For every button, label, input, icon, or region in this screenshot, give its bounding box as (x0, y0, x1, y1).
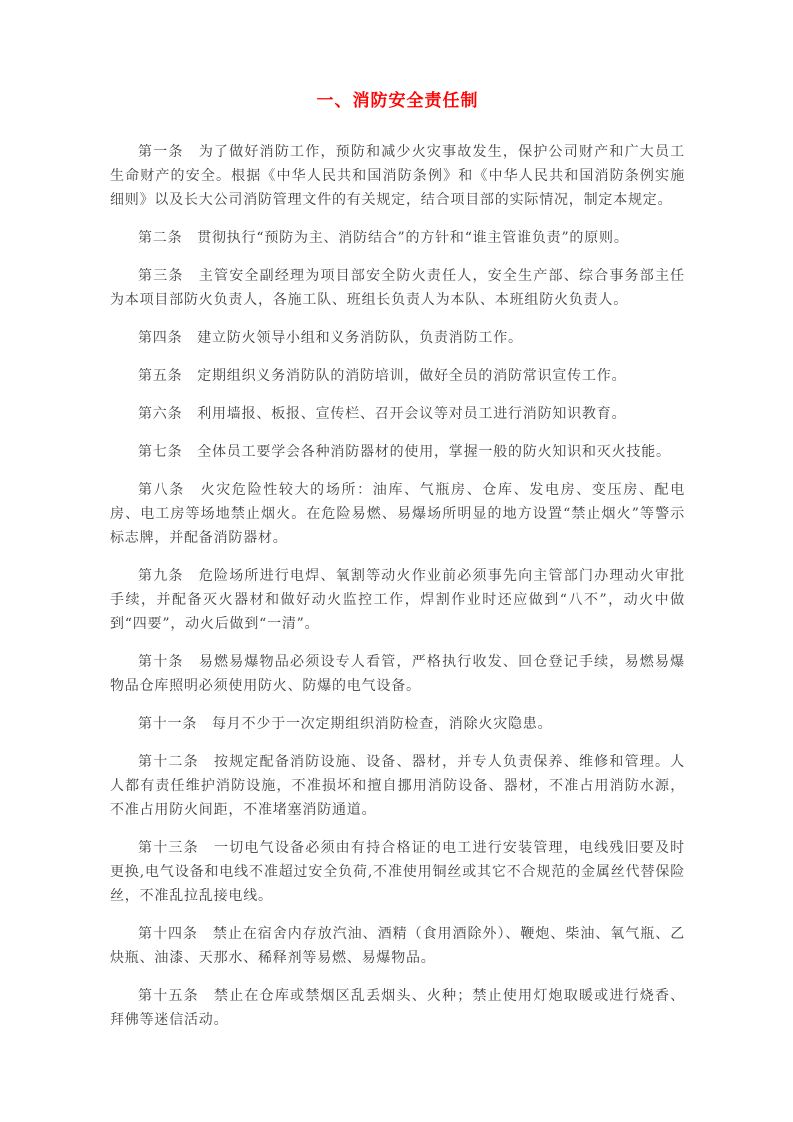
article-paragraph-4: 第四条 建立防火领导小组和义务消防队，负责消防工作。 (110, 326, 685, 350)
article-paragraph-5: 第五条 定期组织义务消防队的消防培训，做好全员的消防常识宣传工作。 (110, 364, 685, 388)
article-paragraph-6: 第六条 利用墙报、板报、宣传栏、召开会议等对员工进行消防知识教育。 (110, 402, 685, 426)
article-paragraph-7: 第七条 全体员工要学会各种消防器材的使用，掌握一般的防火知识和灭火技能。 (110, 440, 685, 464)
article-paragraph-14: 第十四条 禁止在宿舍内存放汽油、酒精（食用酒除外）、鞭炮、柴油、氧气瓶、乙炔瓶、… (110, 922, 685, 970)
article-paragraph-13: 第十三条 一切电气设备必须由有持合格证的电工进行安装管理，电线残旧要及时更换,电… (110, 836, 685, 908)
article-paragraph-15: 第十五条 禁止在仓库或禁烟区乱丢烟头、火种；禁止使用灯炮取暖或进行烧香、拜佛等迷… (110, 984, 685, 1032)
article-paragraph-9: 第九条 危险场所进行电焊、氧割等动火作业前必须事先向主管部门办理动火审批手续，并… (110, 564, 685, 636)
document-page: 一、消防安全责任制 第一条 为了做好消防工作，预防和减少火灾事故发生，保护公司财… (0, 0, 793, 1122)
article-paragraph-11: 第十一条 每月不少于一次定期组织消防检查，消除火灾隐患。 (110, 712, 685, 736)
article-paragraph-3: 第三条 主管安全副经理为项目部安全防火责任人，安全生产部、综合事务部主任为本项目… (110, 264, 685, 312)
document-title: 一、消防安全责任制 (110, 90, 685, 112)
article-paragraph-8: 第八条 火灾危险性较大的场所：油库、气瓶房、仓库、发电房、变压房、配电房、电工房… (110, 478, 685, 550)
article-paragraph-12: 第十二条 按规定配备消防设施、设备、器材，并专人负责保养、维修和管理。人人都有责… (110, 750, 685, 822)
article-paragraph-1: 第一条 为了做好消防工作，预防和减少火灾事故发生，保护公司财产和广大员工生命财产… (110, 140, 685, 212)
article-paragraph-10: 第十条 易燃易爆物品必须设专人看管，严格执行收发、回仓登记手续，易燃易爆物品仓库… (110, 650, 685, 698)
article-paragraph-2: 第二条 贯彻执行“预防为主、消防结合”的方针和“谁主管谁负责”的原则。 (110, 226, 685, 250)
